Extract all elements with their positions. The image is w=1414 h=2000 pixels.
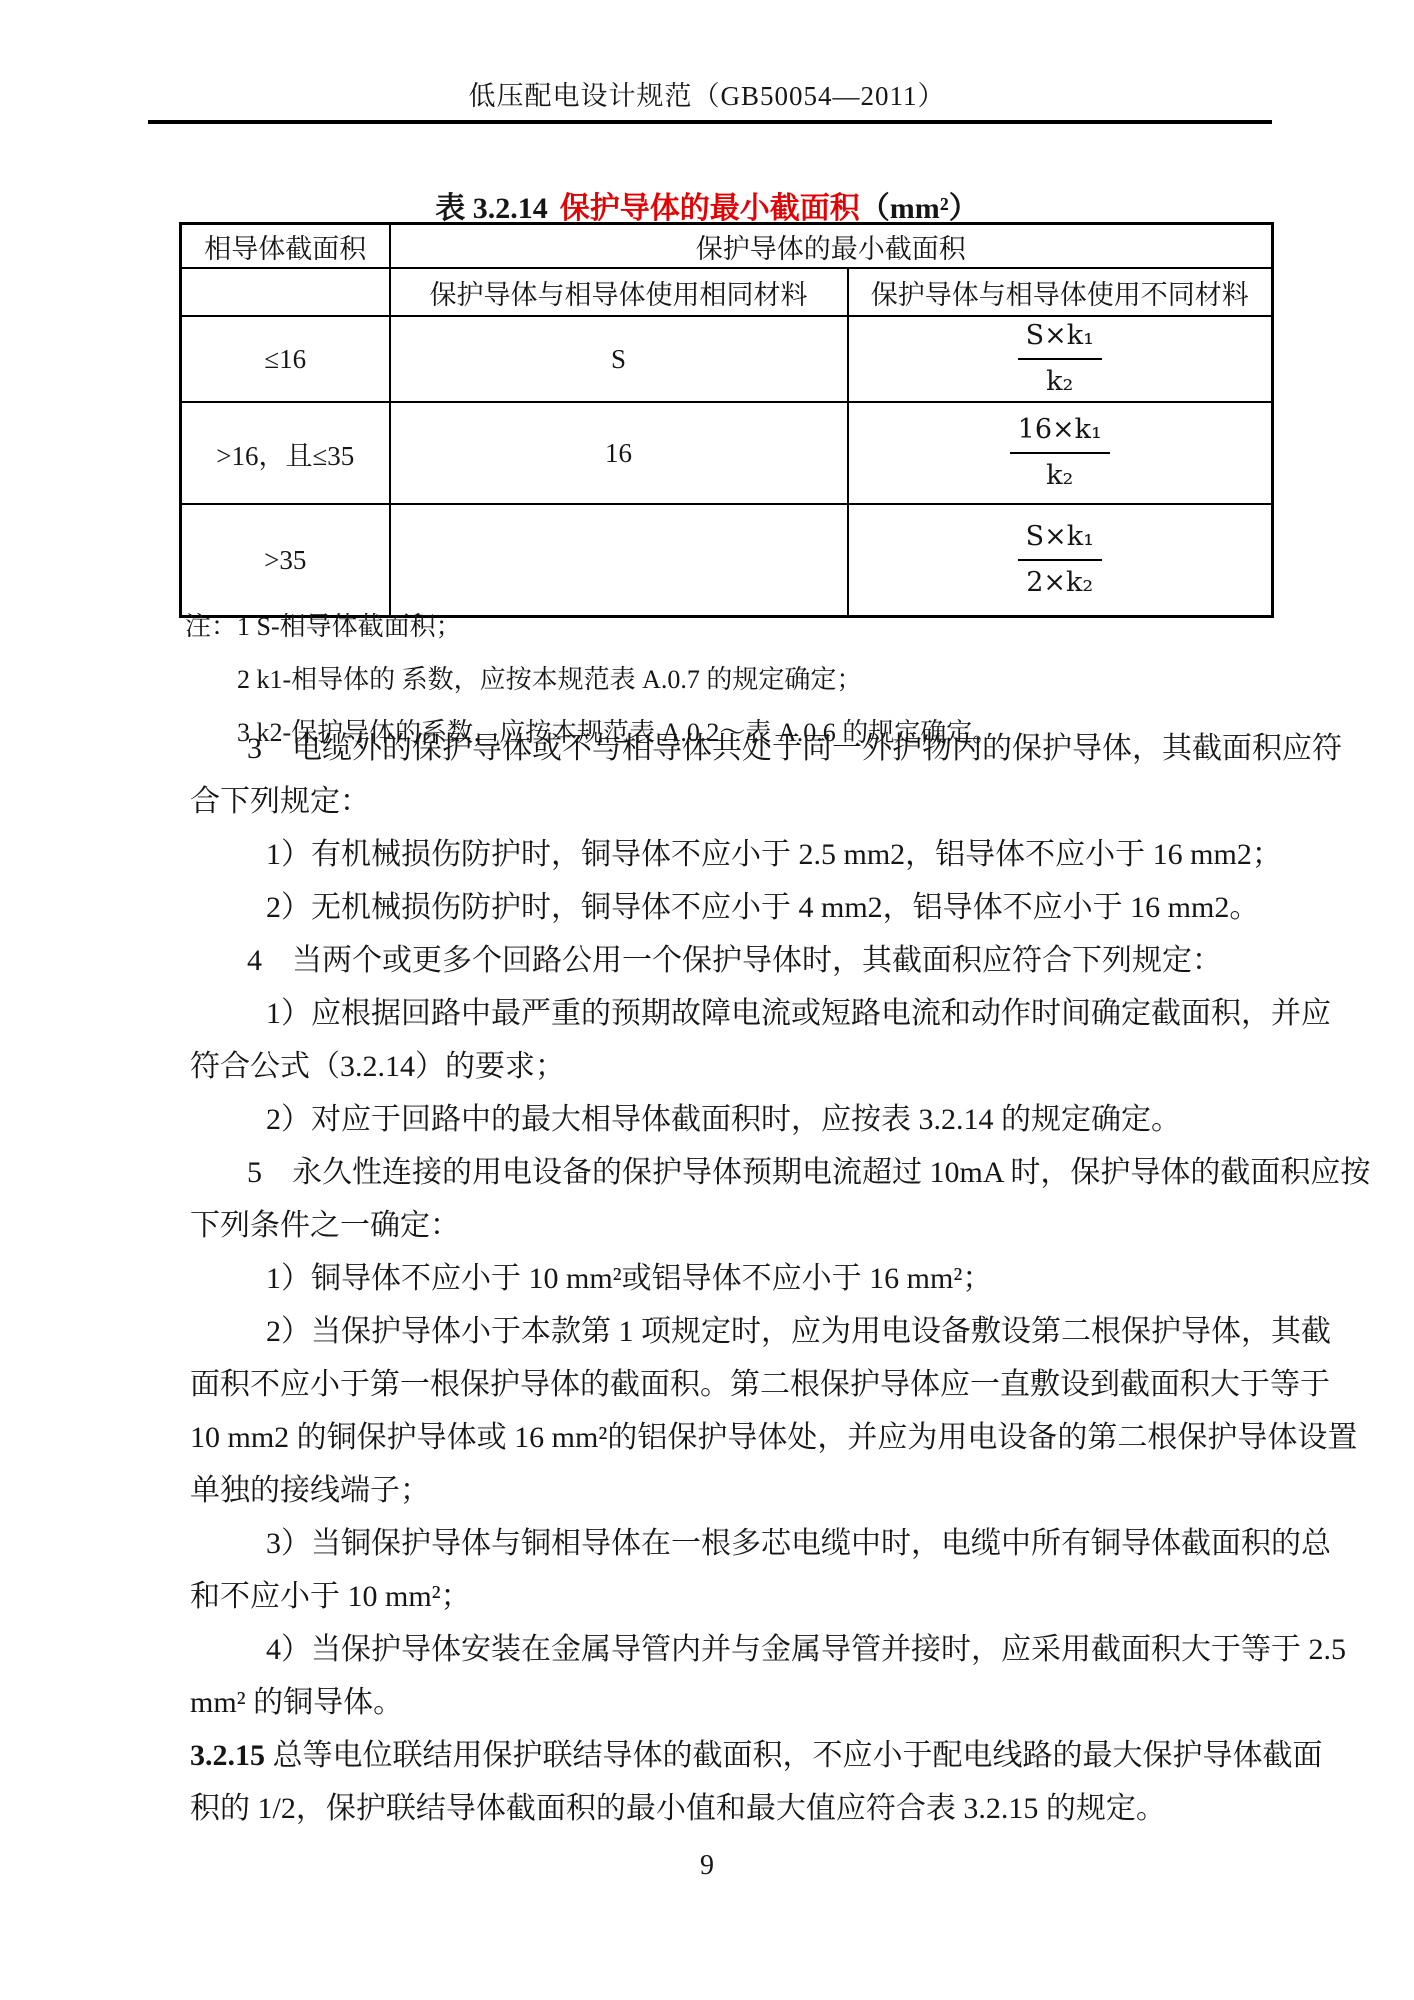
col-header-protective: 保护导体的最小截面积 (390, 224, 1273, 269)
cell-phase: >35 (181, 504, 390, 617)
cell-diff-material: 16×k₁ k₂ (848, 402, 1273, 504)
section-text: 总等电位联结用保护联结导体的截面积，不应小于配电线路的最大保护导体截面 (265, 1739, 1323, 1772)
table-header-row-1: 相导体截面积 保护导体的最小截面积 (181, 224, 1273, 269)
table-title-prefix: 表 3.2.14 (435, 192, 548, 225)
table-header-row-2: 保护导体与相导体使用相同材料 保护导体与相导体使用不同材料 (181, 268, 1273, 316)
document-header-title: 低压配电设计规范（GB50054—2011） (0, 74, 1414, 113)
cell-phase: ≤16 (181, 316, 390, 402)
table-title: 表 3.2.14保护导体的最小截面积（mm²） (0, 183, 1414, 227)
body-line: 5 永久性连接的用电设备的保护导体预期电流超过 10mA 时，保护导体的截面积应… (190, 1146, 1270, 1199)
table-row: >16，且≤35 16 16×k₁ k₂ (181, 402, 1273, 504)
fraction-numerator: S×k₁ (1018, 520, 1102, 561)
col-header-same-material: 保护导体与相导体使用相同材料 (390, 268, 848, 316)
table-title-unit: （mm²） (860, 192, 979, 225)
fraction-denominator: k₂ (1046, 360, 1073, 399)
body-line: 合下列规定： (190, 775, 1270, 828)
cell-diff-material: S×k₁ k₂ (848, 316, 1273, 402)
fraction: S×k₁ 2×k₂ (1018, 520, 1102, 600)
body-line: 2）当保护导体小于本款第 1 项规定时，应为用电设备敷设第二根保护导体，其截 (190, 1305, 1270, 1358)
table-row: ≤16 S S×k₁ k₂ (181, 316, 1273, 402)
body-text: 3 电缆外的保护导体或不与相导体共处于同一外护物内的保护导体，其截面积应符 合下… (190, 722, 1270, 1835)
cell-same-material: S (390, 316, 848, 402)
fraction-denominator: k₂ (1046, 454, 1073, 493)
cell-phase: >16，且≤35 (181, 402, 390, 504)
cell-same-material: 16 (390, 402, 848, 504)
body-line: 1）铜导体不应小于 10 mm²或铝导体不应小于 16 mm²； (190, 1252, 1270, 1305)
fraction-denominator: 2×k₂ (1026, 561, 1093, 600)
body-line: 3）当铜保护导体与铜相导体在一根多芯电缆中时，电缆中所有铜导体截面积的总 (190, 1517, 1270, 1570)
body-line: 10 mm2 的铜保护导体或 16 mm²的铝保护导体处，并应为用电设备的第二根… (190, 1411, 1270, 1464)
col-header-phase-empty (181, 268, 390, 316)
note-line: 注：1 S-相导体截面积； (185, 609, 998, 662)
cell-diff-material: S×k₁ 2×k₂ (848, 504, 1273, 617)
page-number: 9 (0, 1850, 1414, 1882)
body-line: 4）当保护导体安装在金属导管内并与金属导管并接时，应采用截面积大于等于 2.5 (190, 1623, 1270, 1676)
body-line: 2）对应于回路中的最大相导体截面积时，应按表 3.2.14 的规定确定。 (190, 1093, 1270, 1146)
body-line: mm² 的铜导体。 (190, 1676, 1270, 1729)
col-header-diff-material: 保护导体与相导体使用不同材料 (848, 268, 1273, 316)
body-line: 符合公式（3.2.14）的要求； (190, 1040, 1270, 1093)
body-line: 2）无机械损伤防护时，铜导体不应小于 4 mm2，铝导体不应小于 16 mm2。 (190, 881, 1270, 934)
body-line: 和不应小于 10 mm²； (190, 1570, 1270, 1623)
body-line: 单独的接线端子； (190, 1464, 1270, 1517)
table-row: >35 S×k₁ 2×k₂ (181, 504, 1273, 617)
body-line: 1）有机械损伤防护时，铜导体不应小于 2.5 mm2，铝导体不应小于 16 mm… (190, 828, 1270, 881)
fraction: S×k₁ k₂ (1018, 319, 1102, 399)
fraction: 16×k₁ k₂ (1010, 413, 1110, 493)
body-line: 面积不应小于第一根保护导体的截面积。第二根保护导体应一直敷设到截面积大于等于 (190, 1358, 1270, 1411)
fraction-numerator: 16×k₁ (1010, 413, 1110, 454)
col-header-phase: 相导体截面积 (181, 224, 390, 269)
body-line: 4 当两个或更多个回路公用一个保护导体时，其截面积应符合下列规定： (190, 934, 1270, 987)
body-line-section: 3.2.15 总等电位联结用保护联结导体的截面积，不应小于配电线路的最大保护导体… (190, 1729, 1270, 1782)
table-3-2-14: 相导体截面积 保护导体的最小截面积 保护导体与相导体使用相同材料 保护导体与相导… (179, 222, 1274, 618)
body-line: 积的 1/2，保护联结导体截面积的最小值和最大值应符合表 3.2.15 的规定。 (190, 1782, 1270, 1835)
table-title-main: 保护导体的最小截面积 (560, 192, 860, 225)
cell-same-material (390, 504, 848, 617)
body-line: 3 电缆外的保护导体或不与相导体共处于同一外护物内的保护导体，其截面积应符 (190, 722, 1270, 775)
document-page: 低压配电设计规范（GB50054—2011） 表 3.2.14保护导体的最小截面… (0, 0, 1414, 2000)
body-line: 下列条件之一确定： (190, 1199, 1270, 1252)
body-line: 1）应根据回路中最严重的预期故障电流或短路电流和动作时间确定截面积，并应 (190, 987, 1270, 1040)
note-line: 2 k1-相导体的 系数，应按本规范表 A.0.7 的规定确定； (185, 662, 998, 715)
section-number: 3.2.15 (190, 1739, 265, 1772)
header-rule (148, 120, 1272, 124)
fraction-numerator: S×k₁ (1018, 319, 1102, 360)
